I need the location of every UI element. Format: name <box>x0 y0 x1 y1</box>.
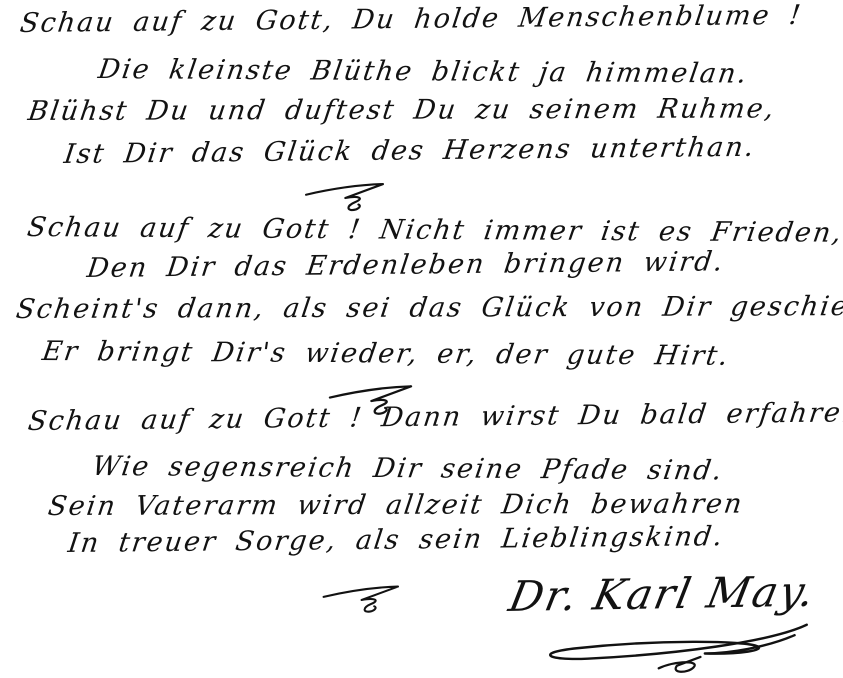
signature-text: Dr. Karl May. <box>505 567 820 621</box>
flourish-stroke <box>296 180 411 216</box>
stanza-2-line-1: Schau auf zu Gott ! Nicht immer ist es F… <box>25 212 843 250</box>
stanza-2-line-3: Scheint's dann, als sei das Glück von Di… <box>14 291 843 327</box>
stanza-3-line-3: Sein Vaterarm wird allzeit Dich bewahren <box>46 489 746 524</box>
stanza-2-line-2: Den Dir das Erdenleben bringen wird. <box>85 246 726 285</box>
stanza-3-line-1: Schau auf zu Gott ! Dann wirst Du bald e… <box>26 397 843 438</box>
stanza-1-line-3: Blühst Du und duftest Du zu seinem Ruhme… <box>26 93 778 128</box>
stanza-1-line-1: Schau auf zu Gott, Du holde Menschenblum… <box>18 0 804 40</box>
stanza-1-line-2: Die kleinste Blüthe blickt ja himmelan. <box>96 54 750 91</box>
stanza-3-line-2: Wie segensreich Dir seine Pfade sind. <box>90 451 726 488</box>
flourish-stroke <box>505 623 835 677</box>
closing-flourish-icon <box>322 578 417 622</box>
stanza-2-line-4: Er bringt Dir's wieder, er, der gute Hir… <box>40 336 732 373</box>
manuscript-page: Schau auf zu Gott, Du holde Menschenblum… <box>0 0 843 678</box>
stanza-divider-flourish-icon <box>296 180 411 216</box>
flourish-stroke <box>322 578 417 622</box>
signature-underline-flourish-icon <box>505 623 835 677</box>
stanza-3-line-4: In treuer Sorge, als sein Lieblingskind. <box>66 521 726 560</box>
stanza-1-line-4: Ist Dir das Glück des Herzens unterthan. <box>62 132 757 172</box>
